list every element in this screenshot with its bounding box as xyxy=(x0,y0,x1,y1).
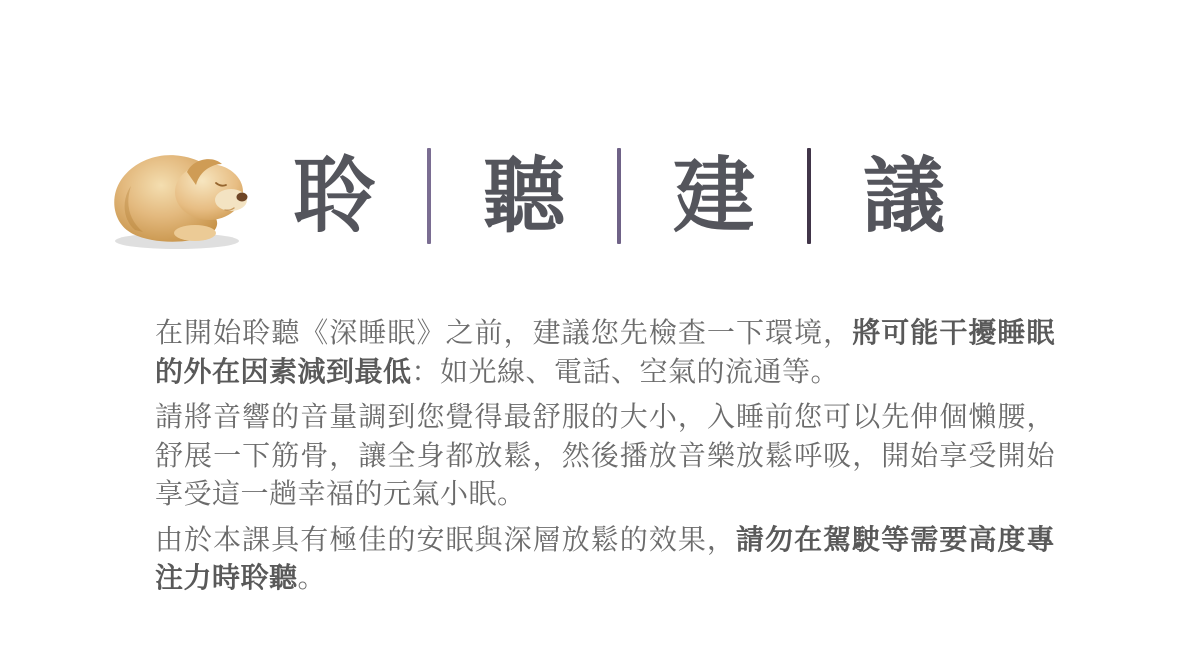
puppy-paw xyxy=(174,225,216,241)
text-segment: 。 xyxy=(298,562,327,593)
header-area: 聆 聽 建 議 xyxy=(105,140,945,252)
sleeping-puppy-image xyxy=(105,140,255,252)
title-separator-bar-2 xyxy=(617,148,621,244)
slide: 聆 聽 建 議 在開始聆聽《深睡眠》之前，建議您先檢查一下環境，將可能干擾睡眠的… xyxy=(0,0,1200,666)
title-char-1: 聆 xyxy=(293,151,375,241)
title-separator-bar-3 xyxy=(807,148,811,244)
paragraph-3: 由於本課具有極佳的安眠與深層放鬆的效果，請勿在駕駛等需要高度專注力時聆聽。 xyxy=(155,521,1055,598)
title-separator-bar-1 xyxy=(427,148,431,244)
body-text: 在開始聆聽《深睡眠》之前，建議您先檢查一下環境，將可能干擾睡眠的外在因素減到最低… xyxy=(155,314,1055,605)
puppy-nose xyxy=(237,193,248,202)
paragraph-1: 在開始聆聽《深睡眠》之前，建議您先檢查一下環境，將可能干擾睡眠的外在因素減到最低… xyxy=(155,314,1055,391)
title-char-2: 聽 xyxy=(483,151,565,241)
paragraph-2: 請將音響的音量調到您覺得最舒服的大小，入睡前您可以先伸個懶腰，舒展一下筋骨，讓全… xyxy=(155,398,1055,514)
page-title: 聆 聽 建 議 xyxy=(293,148,945,244)
text-segment: 在開始聆聽《深睡眠》之前，建議您先檢查一下環境， xyxy=(155,317,852,348)
title-char-4: 議 xyxy=(863,151,945,241)
text-segment: ：如光線、電話、空氣的流通等。 xyxy=(412,356,840,387)
text-segment: 請將音響的音量調到您覺得最舒服的大小，入睡前您可以先伸個懶腰，舒展一下筋骨，讓全… xyxy=(155,401,1055,509)
text-segment: 由於本課具有極佳的安眠與深層放鬆的效果， xyxy=(155,524,736,555)
puppy-illustration xyxy=(105,140,255,252)
title-char-3: 建 xyxy=(673,151,755,241)
